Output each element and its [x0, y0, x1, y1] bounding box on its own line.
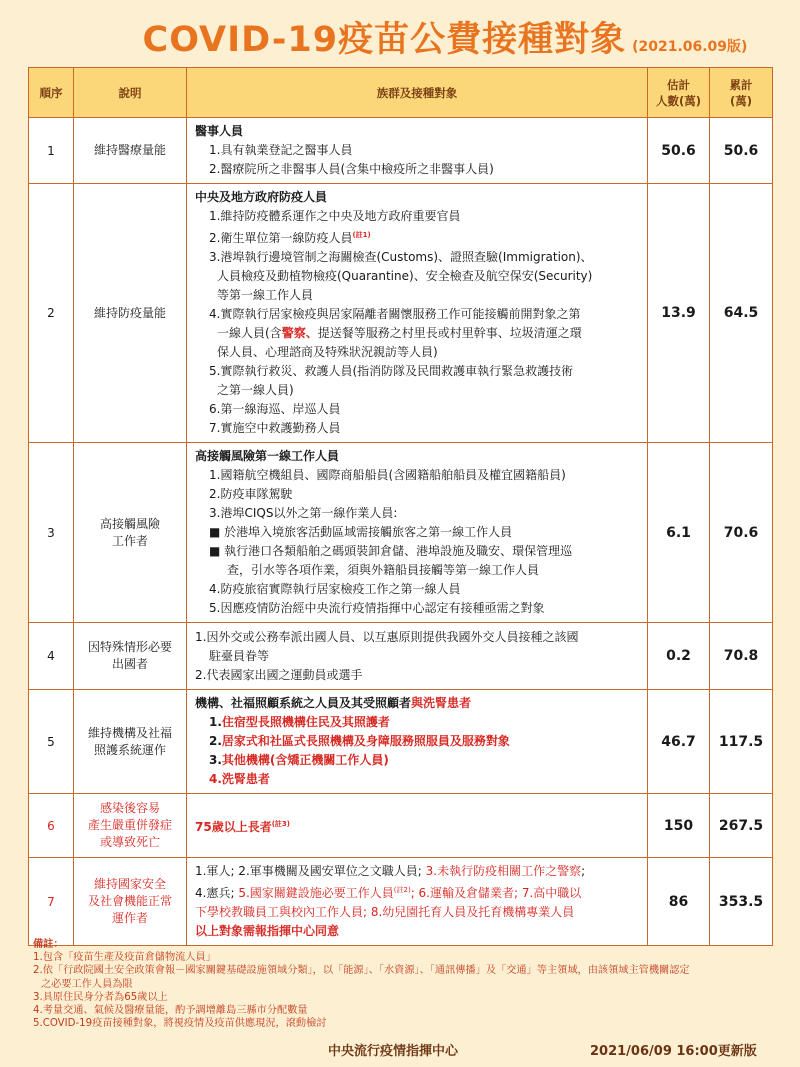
row-cumulative: 267.5 [710, 794, 773, 858]
row-cumulative: 117.5 [710, 690, 773, 794]
row-estimate: 6.1 [648, 443, 710, 623]
notes-label: 備註： [33, 938, 773, 951]
row-no: 7 [29, 858, 74, 946]
title-bar: COVID-19疫苗公費接種對象 (2021.06.09版) [0, 10, 800, 62]
row-target: 高接觸風險第一線工作人員 1.國籍航空機組員、國際商船船員(含國籍船舶船員及權宜… [187, 443, 648, 623]
row-cumulative: 64.5 [710, 184, 773, 443]
row-target: 1.因外交或公務奉派出國人員、以互惠原則提供我國外交人員接種之該國 駐臺員眷等 … [187, 623, 648, 690]
note-ref: (註3) [272, 820, 290, 828]
row-cumulative: 70.8 [710, 623, 773, 690]
row-desc: 維持防疫量能 [74, 184, 187, 443]
note-ref: (註1) [352, 231, 370, 239]
row-desc: 感染後容易產生嚴重併發症或導致死亡 [74, 794, 187, 858]
header-target: 族群及接種對象 [187, 68, 648, 118]
note-item: 3.具原住民身分者為65歲以上 [33, 991, 773, 1004]
note-item: 2.依「行政院國土安全政策會報－國家關鍵基礎設施領域分類」，以「能源」、「水資源… [33, 964, 773, 977]
table-row: 4 因特殊情形必要出國者 1.因外交或公務奉派出國人員、以互惠原則提供我國外交人… [29, 623, 773, 690]
header-estimate: 估計人數(萬) [648, 68, 710, 118]
table-row: 2 維持防疫量能 中央及地方政府防疫人員 1.維持防疫體系運作之中央及地方政府重… [29, 184, 773, 443]
header-no: 順序 [29, 68, 74, 118]
row-desc: 維持國家安全及社會機能正常運作者 [74, 858, 187, 946]
row-estimate: 150 [648, 794, 710, 858]
footer-updated: 2021/06/09 16:00更新版 [590, 1040, 757, 1059]
note-item: 5.COVID-19疫苗接種對象，將視疫情及疫苗供應現況，滾動檢討 [33, 1017, 773, 1030]
footer-organization: 中央流行疫情指揮中心 [328, 1040, 458, 1059]
note-ref: (註2) [394, 886, 411, 894]
row-desc: 維持醫療量能 [74, 118, 187, 184]
row-target: 75歲以上長者(註3) [187, 794, 648, 858]
row-estimate: 46.7 [648, 690, 710, 794]
row-cumulative: 50.6 [710, 118, 773, 184]
row-estimate: 13.9 [648, 184, 710, 443]
row-target: 醫事人員 1.具有執業登記之醫事人員 2.醫療院所之非醫事人員(含集中檢疫所之非… [187, 118, 648, 184]
table-row: 5 維持機構及社福照護系統運作 機構、社福照顧系統之人員及其受照顧者與洗腎患者 … [29, 690, 773, 794]
row-target: 中央及地方政府防疫人員 1.維持防疫體系運作之中央及地方政府重要官員 2.衛生單… [187, 184, 648, 443]
header-desc: 說明 [74, 68, 187, 118]
notes-section: 備註： 1.包含「疫苗生產及疫苗倉儲物流人員」 2.依「行政院國土安全政策會報－… [33, 938, 773, 1030]
row-no: 1 [29, 118, 74, 184]
table-header-row: 順序 說明 族群及接種對象 估計人數(萬) 累計(萬) [29, 68, 773, 118]
row-cumulative: 70.6 [710, 443, 773, 623]
row-estimate: 0.2 [648, 623, 710, 690]
note-item: 之必要工作人員為限 [33, 978, 773, 991]
table-row: 7 維持國家安全及社會機能正常運作者 1.軍人; 2.軍事機關及國安單位之文職人… [29, 858, 773, 946]
row-no: 4 [29, 623, 74, 690]
note-item: 4.考量交通、氣候及醫療量能，酌予調增離島三縣市分配數量 [33, 1004, 773, 1017]
row-no: 6 [29, 794, 74, 858]
row-no: 5 [29, 690, 74, 794]
table-row: 6 感染後容易產生嚴重併發症或導致死亡 75歲以上長者(註3) 150 267.… [29, 794, 773, 858]
row-desc: 維持機構及社福照護系統運作 [74, 690, 187, 794]
row-target: 機構、社福照顧系統之人員及其受照顧者與洗腎患者 1.住宿型長照機構住民及其照護者… [187, 690, 648, 794]
vaccine-priority-table: 順序 說明 族群及接種對象 估計人數(萬) 累計(萬) 1 維持醫療量能 醫事人… [28, 67, 773, 946]
row-no: 3 [29, 443, 74, 623]
version-label: (2021.06.09版) [632, 36, 747, 56]
row-target: 1.軍人; 2.軍事機關及國安單位之文職人員; 3.未執行防疫相關工作之警察; … [187, 858, 648, 946]
row-desc: 因特殊情形必要出國者 [74, 623, 187, 690]
table-row: 3 高接觸風險工作者 高接觸風險第一線工作人員 1.國籍航空機組員、國際商船船員… [29, 443, 773, 623]
row-no: 2 [29, 184, 74, 443]
table-row: 1 維持醫療量能 醫事人員 1.具有執業登記之醫事人員 2.醫療院所之非醫事人員… [29, 118, 773, 184]
highlight-police: 警察、 [282, 326, 318, 340]
row-desc: 高接觸風險工作者 [74, 443, 187, 623]
row-cumulative: 353.5 [710, 858, 773, 946]
row-estimate: 50.6 [648, 118, 710, 184]
note-item: 1.包含「疫苗生產及疫苗倉儲物流人員」 [33, 951, 773, 964]
header-cumulative: 累計(萬) [710, 68, 773, 118]
row-estimate: 86 [648, 858, 710, 946]
page-title: COVID-19疫苗公費接種對象 [53, 18, 627, 62]
